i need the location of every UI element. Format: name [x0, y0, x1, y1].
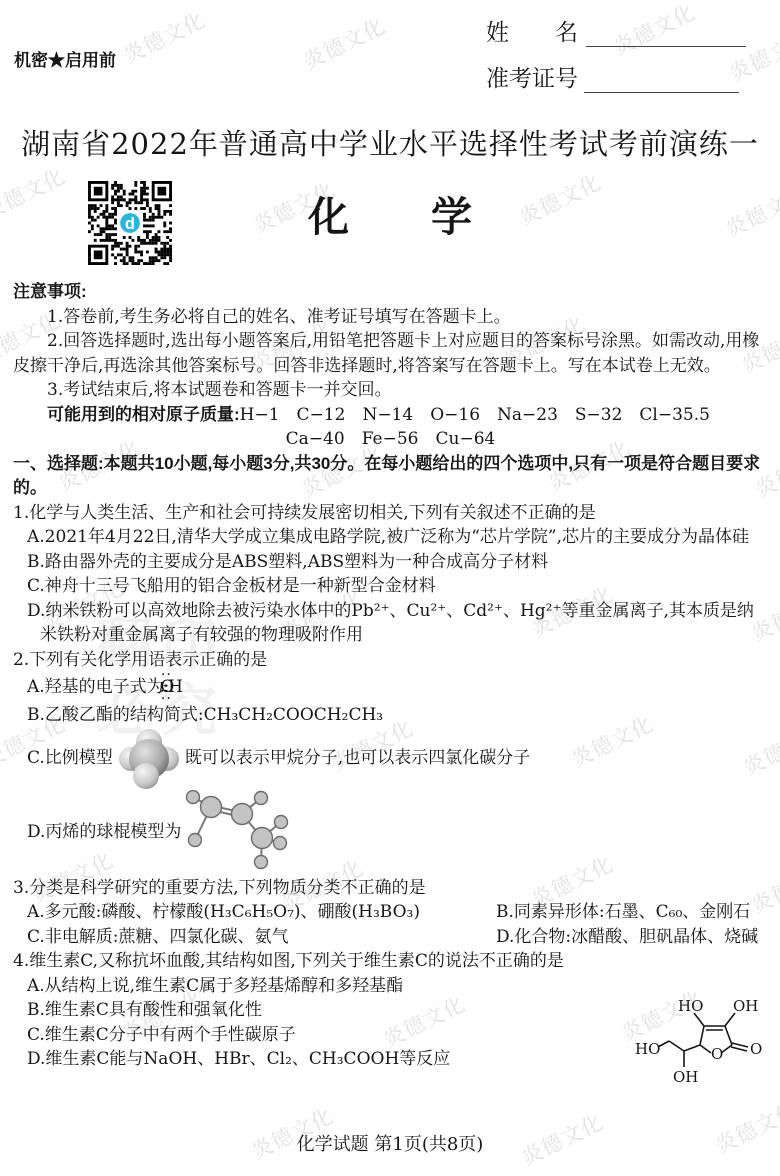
secrecy-label: 机密★启用前	[14, 46, 116, 71]
vitc-ho-left-label: HO	[635, 1040, 660, 1058]
q2-option-c-pre: C.比例模型	[27, 746, 113, 771]
q2-option-a: A.羟基的电子式为::··O··:H	[13, 672, 768, 703]
space-filling-model-image	[119, 728, 179, 790]
atomic-masses-values: H−1 C−12 N−14 O−16 Na−23 S−32 Cl−35.5	[240, 405, 710, 425]
q3-option-d: D.化合物:冰醋酸、胆矾晶体、烧碱	[482, 925, 768, 950]
atomic-masses-line2: Ca−40 Fe−56 Cu−64	[13, 427, 768, 452]
q1-option-c: C.神舟十三号飞船用的铝合金板材是一种新型合金材料	[13, 574, 768, 599]
exam-body: 注意事项: 1.答卷前,考生务必将自己的姓名、准考证号填写在答题卡上。 2.回答…	[13, 280, 768, 1072]
subject-title: 化 学	[0, 184, 780, 243]
q3-option-b: B.同素异形体:石墨、C₆₀、金刚石	[482, 900, 768, 925]
vitc-ho-top-label: HO	[678, 997, 703, 1015]
q1-option-a: A.2021年4月22日,清华大学成立集成电路学院,被广泛称为“芯片学院”,芯片…	[13, 525, 768, 550]
watermark-text: 炎德文化	[298, 10, 390, 76]
exam-title: 湖南省2022年普通高中学业水平选择性考试考前演练一	[0, 122, 780, 163]
question-2-stem: 2.下列有关化学用语表示正确的是	[13, 648, 768, 673]
exam-paper-page: 炎德文化炎德文化炎德文化炎德文化炎德文化炎德文化炎德文化炎德文化炎德文化炎德文化…	[0, 0, 780, 1176]
name-label: 姓 名	[486, 14, 578, 47]
q1-option-d: D.纳米铁粉可以高效地除去被污染水体中的Pb²⁺、Cu²⁺、Cd²⁺、Hg²⁺等…	[13, 599, 768, 648]
ticket-number-field[interactable]	[584, 66, 739, 93]
q3-option-c: C.非电解质:蔗糖、四氯化碳、氨气	[13, 925, 482, 950]
vitamin-c-structure-image: HO OH O O HO OH	[620, 981, 772, 1103]
note-item: 2.回答选择题时,选出每小题答案后,用铅笔把答题卡上对应题目的答案标号涂黑。如需…	[13, 329, 768, 378]
q3-options-row1: A.多元酸:磷酸、柠檬酸(H₃C₆H₅O₇)、硼酸(H₃BO₃) B.同素异形体…	[13, 900, 768, 925]
electron-right-part: :H	[174, 679, 184, 696]
name-field[interactable]	[586, 20, 746, 47]
note-item: 3.考试结束后,将本试题卷和答题卡一并交回。	[13, 378, 768, 403]
q2-option-c-post: 既可以表示甲烷分子,也可以表示四氯化碳分子	[185, 746, 530, 771]
q2-option-c: C.比例模型 既可以表示甲烷分子,也可以表示四氯化碳分子	[27, 728, 768, 790]
vitc-ring-o-label: O	[711, 1045, 723, 1063]
section-heading: 一、选择题:本题共10小题,每小题3分,共30分。在每小题给出的四个选项中,只有…	[13, 452, 768, 501]
page-footer: 化学试题 第1页(共8页)	[0, 1130, 780, 1156]
q2-option-d: D.丙烯的球棍模型为	[27, 790, 768, 876]
q2-option-b: B.乙酸乙酯的结构简式:CH₃CH₂COOCH₂CH₃	[13, 703, 768, 728]
ball-and-stick-model-image	[185, 790, 297, 876]
vitc-oh-bottom-label: OH	[673, 1068, 698, 1086]
notes-heading: 注意事项:	[13, 280, 768, 305]
atomic-masses-line1: 可能用到的相对原子质量:H−1 C−12 N−14 O−16 Na−23 S−3…	[13, 403, 768, 428]
q2-option-a-text: A.羟基的电子式为:	[27, 677, 169, 697]
vitc-keto-o-label: O	[750, 1040, 762, 1058]
candidate-info-block: 姓 名 准考证号	[486, 14, 746, 106]
q3-options-row2: C.非电解质:蔗糖、四氯化碳、氨气 D.化合物:冰醋酸、胆矾晶体、烧碱	[13, 925, 768, 950]
vitc-oh-top-label: OH	[733, 997, 758, 1015]
q1-option-b: B.路由器外壳的主要成分是ABS塑料,ABS塑料为一种合成高分子材料	[13, 550, 768, 575]
watermark-text: 炎德文化	[118, 4, 210, 70]
note-item: 1.答卷前,考生务必将自己的姓名、准考证号填写在答题卡上。	[13, 305, 768, 330]
q3-option-a: A.多元酸:磷酸、柠檬酸(H₃C₆H₅O₇)、硼酸(H₃BO₃)	[13, 900, 482, 925]
question-4-stem: 4.维生素C,又称抗坏血酸,其结构如图,下列关于维生素C的说法不正确的是	[13, 949, 768, 974]
question-1-stem: 1.化学与人类生活、生产和社会可持续发展密切相关,下列有关叙述不正确的是	[13, 501, 768, 526]
q2-option-d-pre: D.丙烯的球棍模型为	[27, 820, 181, 845]
question-3-stem: 3.分类是科学研究的重要方法,下列物质分类不正确的是	[13, 876, 768, 901]
atomic-masses-label: 可能用到的相对原子质量:	[47, 405, 240, 424]
ticket-label: 准考证号	[486, 60, 578, 93]
electron-dot-formula: :··O··:H	[171, 672, 184, 703]
